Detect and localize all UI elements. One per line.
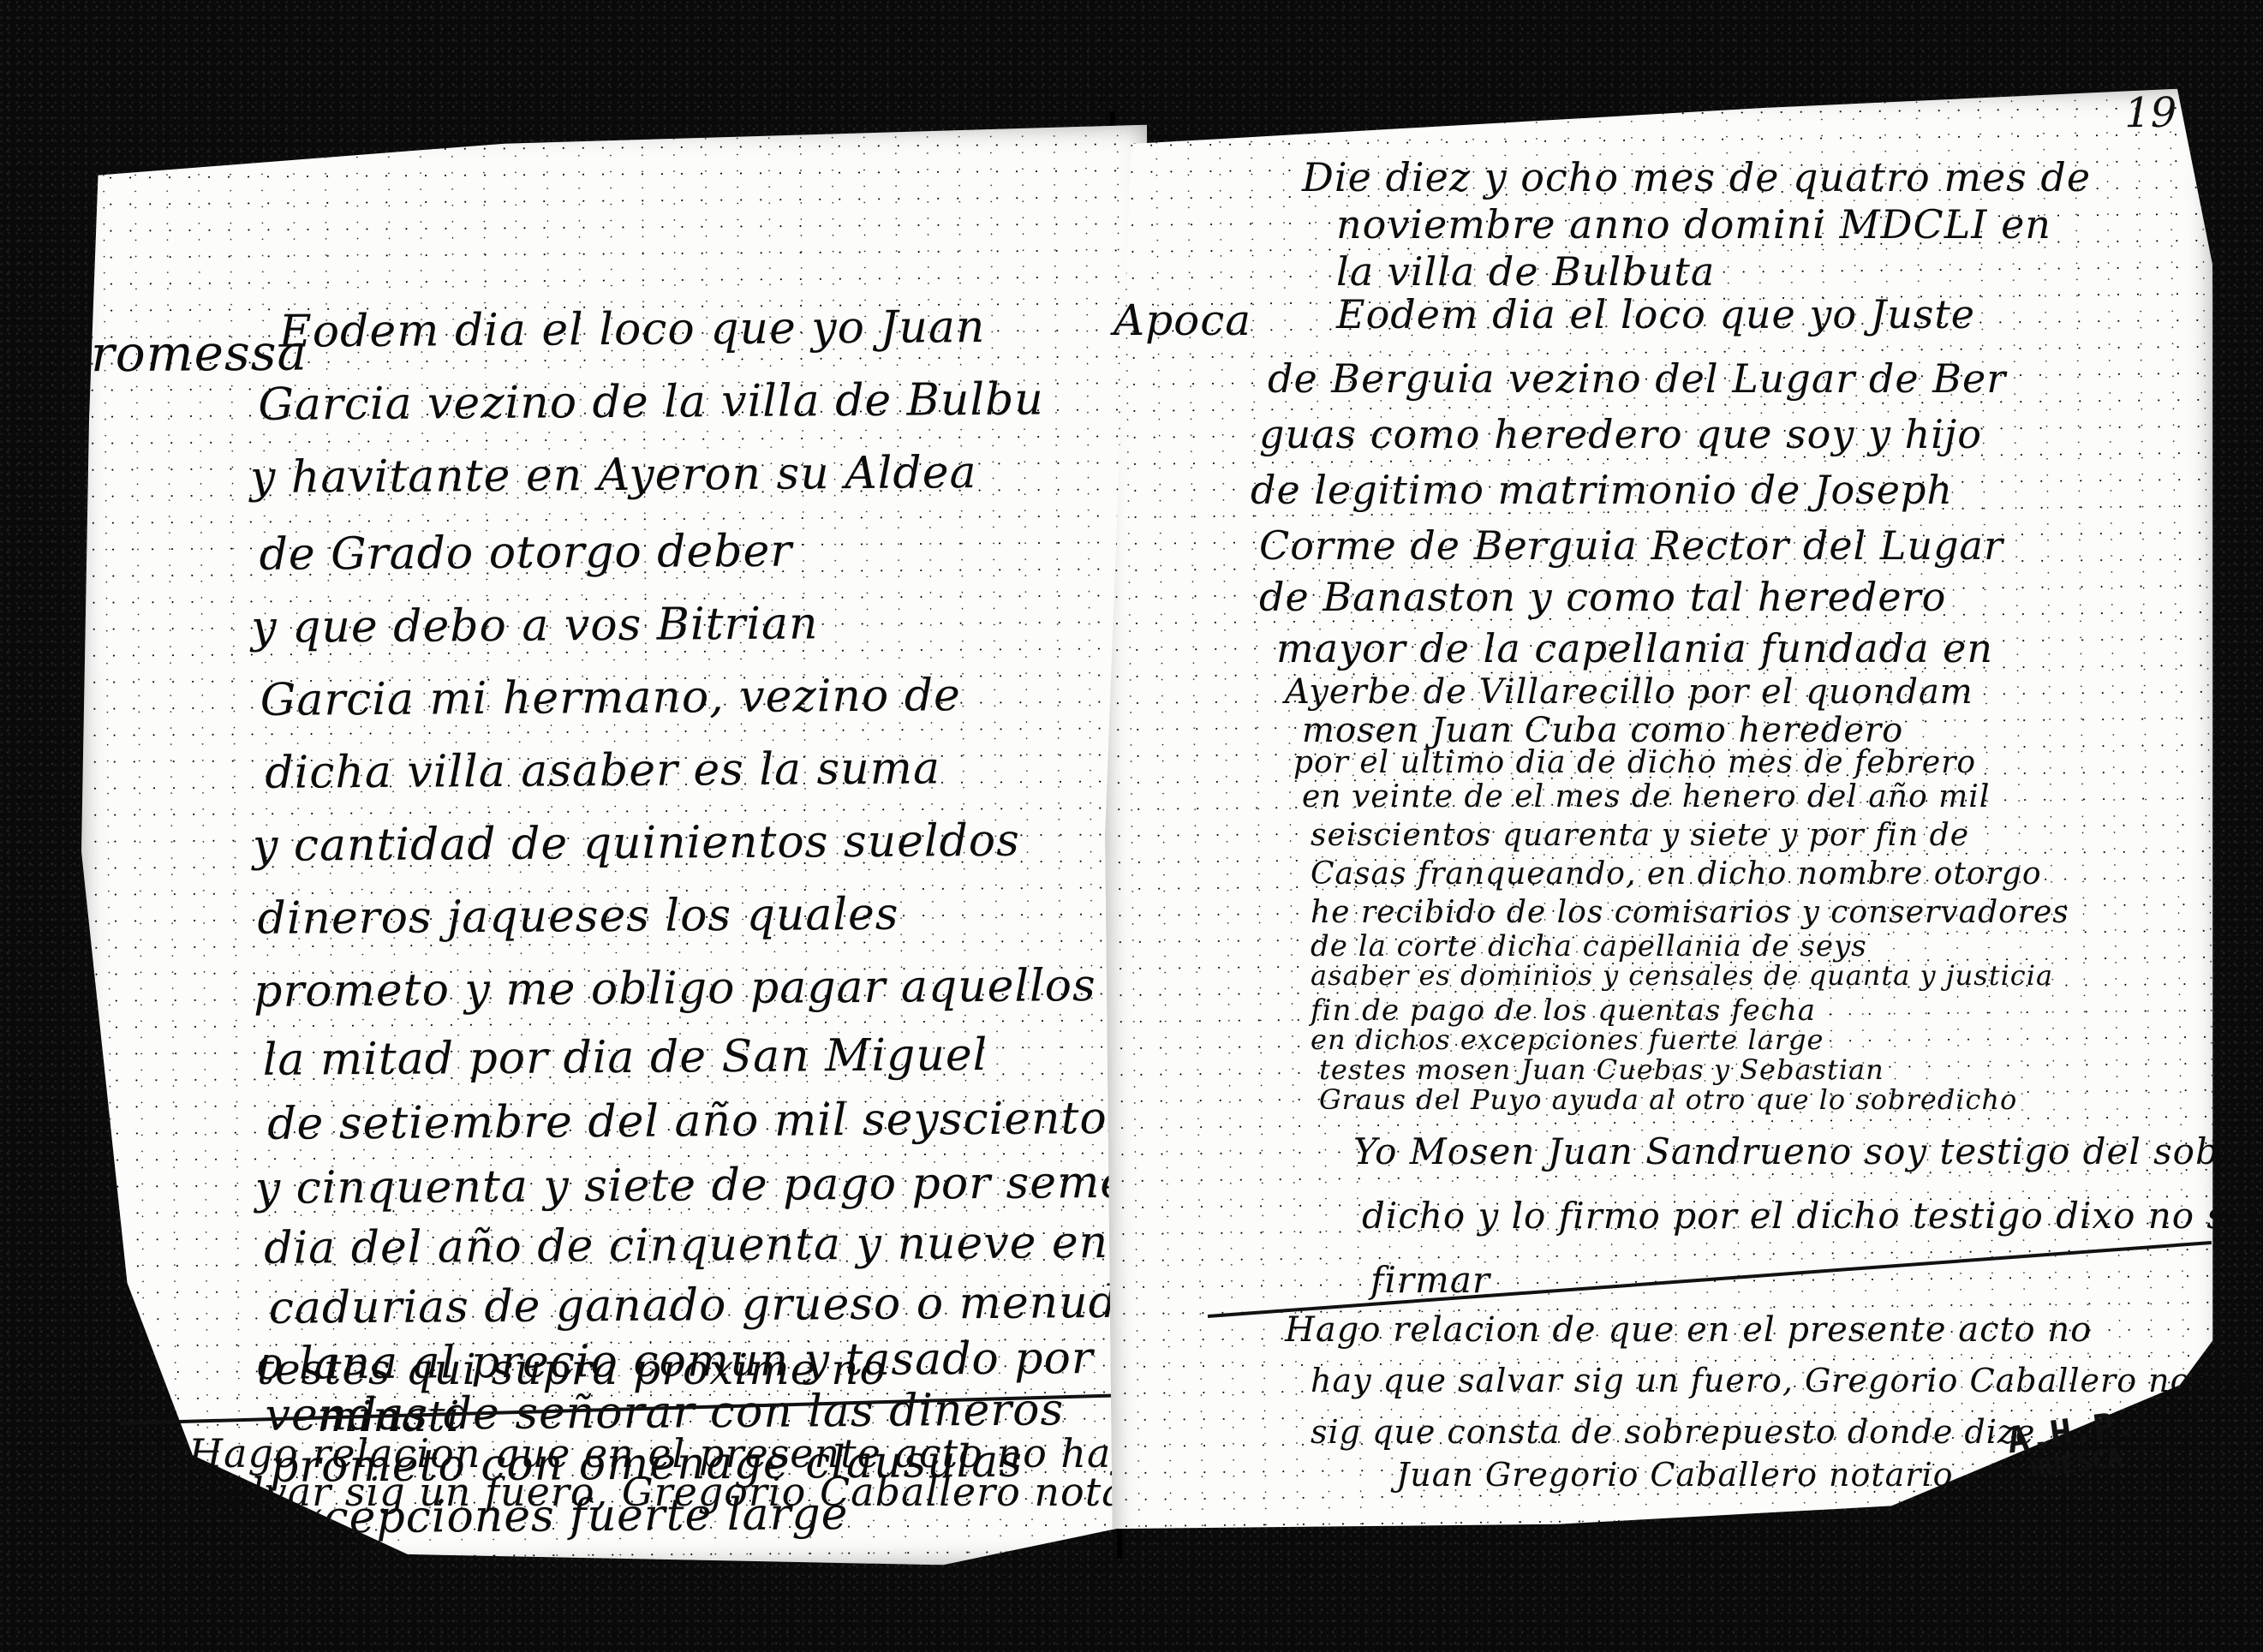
manuscript-line: prometo y me obligo pagar aquellos	[254, 960, 1096, 1017]
footer-line: salvar sig un fuero, Gregorio Caballero …	[206, 1469, 1184, 1515]
manuscript-line: he recibido de los comisarios y conserva…	[1311, 895, 2069, 930]
manuscript-line: en dichos excepciones fuerte large	[1311, 1023, 1824, 1056]
manuscript-line: y havitante en Ayeron su Aldea	[250, 447, 977, 504]
manuscript-line: seiscientos quarenta y siete y por fin d…	[1311, 818, 1969, 853]
footer-line: sig que consta de sobrepuesto donde dize	[1311, 1413, 2035, 1451]
manuscript-line: fin de pago de los quentas fecha	[1311, 993, 1816, 1028]
manuscript-line: dineros jaqueses los quales	[257, 889, 899, 945]
manuscript-line: dicha villa asaber es la suma	[265, 743, 940, 799]
manuscript-line: mayor de la capellania fundada en	[1276, 625, 1993, 671]
left-page-body: Eodem dia el loco que yo Juan Garcia vez…	[76, 125, 1147, 133]
manuscript-line: guas como heredero que soy y hijo	[1259, 411, 1982, 457]
manuscript-line: noviembre anno domini MDCLI en	[1336, 201, 2051, 248]
manuscript-line: cadurias de ganado grueso o menudo	[269, 1277, 1146, 1334]
footer-line: Juan Gregorio Caballero notario	[1396, 1456, 1954, 1494]
manuscript-line: y cinquenta y siete de pago por semejant…	[255, 1156, 1245, 1214]
manuscript-line: Casas franqueando, en dicho nombre otorg…	[1311, 856, 2042, 892]
manuscript-line: de setiembre del año mil seyscientos	[267, 1093, 1131, 1150]
manuscript-line: de Berguia vezino del Lugar de Ber	[1268, 355, 2006, 402]
signature-line: Yo Mosen Juan Sandrueno soy testigo del …	[1353, 1130, 2260, 1172]
manuscript-line: de Grado otorgo deber	[259, 526, 792, 581]
manuscript-line: de la corte dicha capellania de seys	[1311, 929, 1867, 963]
manuscript-line: Corme de Berguia Rector del Lugar	[1259, 522, 2003, 569]
manuscript-line: Garcia vezino de la villa de Bulbu	[258, 374, 1044, 431]
footer-line: Hago relacion de que en el presente acto…	[1285, 1310, 2092, 1350]
manuscript-line: testes mosen Juan Cuebas y Sebastian	[1319, 1053, 1884, 1086]
manuscript-line: Eodem dia el loco que yo Juan	[279, 301, 986, 358]
manuscript-line: testes qui supra proxime no	[257, 1345, 887, 1394]
manuscript-line: y cantidad de quinientos sueldos	[253, 815, 1020, 872]
right-margin-note: Apoca	[1114, 295, 1251, 345]
manuscript-line: Die diez y ocho mes de quatro mes de	[1302, 154, 2091, 200]
manuscript-line: en veinte de el mes de henero del año mi…	[1302, 779, 1990, 814]
folio-number: 19	[2124, 89, 2177, 138]
manuscript-line: de Banaston y como tal heredero	[1259, 574, 1946, 620]
manuscript-line: la mitad por dia de San Miguel	[263, 1029, 988, 1086]
manuscript-line: y que debo a vos Bitrian	[251, 598, 819, 653]
signature-line: dicho y lo firmo por el dicho testigo di…	[1362, 1195, 2263, 1237]
footer-line: hay que salvar sig un fuero, Gregorio Ca…	[1311, 1362, 2263, 1399]
left-margin-note: Promessa	[57, 324, 308, 384]
manuscript-line: por el ultimo dia de dicho mes de febrer…	[1293, 745, 1976, 780]
manuscript-line: Eodem dia el loco que yo Juste	[1336, 291, 1975, 337]
manuscript-line: la villa de Bulbuta	[1336, 248, 1715, 295]
manuscript-line: Ayerbe de Villarecillo por el quondam	[1285, 672, 1973, 712]
manuscript-line: de legitimo matrimonio de Joseph	[1251, 467, 1953, 513]
manuscript-line: Graus del Puyo ayuda al otro que lo sobr…	[1319, 1083, 2017, 1116]
manuscript-line: dia del año de cinquenta y nueve en mer	[264, 1216, 1216, 1274]
manuscript-line: Garcia mi hermano, vezino de	[260, 670, 961, 726]
archive-stamp: A.H.P. HUESCA	[2004, 1404, 2142, 1487]
manuscript-line: asaber es dominios y censales de quanta …	[1311, 959, 2053, 992]
